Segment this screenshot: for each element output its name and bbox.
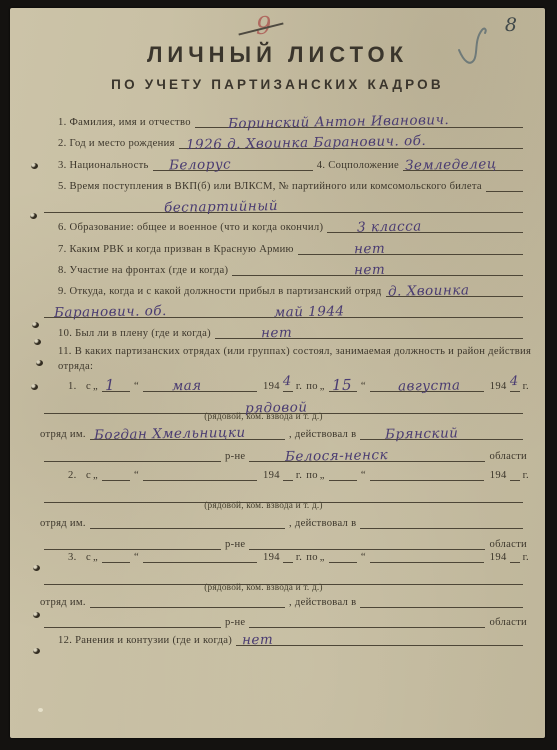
token-close-quote: “ — [361, 381, 366, 392]
token-year-stub: 194 — [490, 552, 507, 563]
punch-hole — [33, 565, 40, 571]
field-wounds-label: 12. Ранения и контузии (где и когда) — [58, 635, 232, 646]
token-year-stub: 194 — [490, 381, 507, 392]
token-open-quote: „ — [93, 381, 98, 392]
token-otryad: отряд им. — [40, 597, 86, 608]
field-nationality-value: Белорус — [169, 156, 231, 173]
field-social-line: Земледелец — [403, 157, 523, 171]
record-index: 3. — [68, 552, 84, 563]
service-record-3-unit: отряд им. , действовал в — [40, 594, 527, 608]
to-year-digit: 4 — [509, 374, 518, 389]
position-line: рядовой (рядовой, ком. взвода и т. д.) — [44, 400, 523, 414]
field-surname: 1. Фамилия, имя и отчество Боринский Ант… — [58, 114, 527, 128]
field-arrival-line: д. Хвоинка — [386, 283, 523, 297]
token-open-quote: „ — [93, 552, 98, 563]
field-fronts: 8. Участие на фронтах (где и когда) нет — [58, 262, 527, 276]
field-rvk-label: 7. Каким РВК и когда призван в Красную А… — [58, 244, 294, 255]
position-hint: (рядовой, ком. взвода и т. д.) — [44, 501, 483, 511]
token-close-quote: “ — [361, 470, 366, 481]
from-day-value: 1 — [105, 376, 115, 394]
field-arrival-value3: май 1944 — [274, 303, 345, 320]
from-month-line — [143, 467, 257, 481]
service-record-1-position: рядовой (рядовой, ком. взвода и т. д.) — [40, 400, 527, 414]
service-record-2-unit: отряд им. , действовал в — [40, 515, 527, 529]
to-year-line — [510, 549, 520, 563]
token-close-quote: “ — [134, 470, 139, 481]
token-close-quote: “ — [134, 381, 139, 392]
token-to: по — [306, 552, 318, 563]
field-surname-label: 1. Фамилия, имя и отчество — [58, 117, 191, 128]
token-open-quote: „ — [320, 470, 325, 481]
page-number-annotation: 8 — [505, 14, 517, 36]
position-line: (рядовой, ком. взвода и т. д.) — [44, 489, 523, 503]
field-wounds-value: нет — [242, 632, 273, 649]
field-education: 6. Образование: общее и военное (что и к… — [58, 219, 527, 233]
service-record-3-dates: 3. с „ “ 194 г. по „ “ 194 г. — [68, 549, 531, 563]
to-day-line — [329, 549, 357, 563]
field-rvk-line: нет — [298, 241, 523, 255]
from-day-line — [102, 549, 130, 563]
field-party-label: 5. Время поступления в ВКП(б) или ВЛКСМ,… — [58, 181, 482, 192]
field-detachments-label2-row: отряда: — [58, 361, 527, 372]
field-fronts-label: 8. Участие на фронтах (где и когда) — [58, 265, 228, 276]
to-month-line — [370, 467, 484, 481]
punch-hole — [30, 213, 37, 219]
field-birth-line: 1926 д. Хвоинка Баранович. об. — [179, 135, 523, 149]
service-record-3-position: (рядовой, ком. взвода и т. д.) — [40, 571, 527, 585]
token-year-suffix: г. — [296, 381, 302, 392]
from-day-line: 1 — [102, 378, 130, 392]
field-nationality-label: 3. Национальность — [58, 160, 149, 171]
form-subtitle: ПО УЧЕТУ ПАРТИЗАНСКИХ КАДРОВ — [10, 77, 545, 92]
token-open-quote: „ — [320, 381, 325, 392]
field-education-value: 3 класса — [357, 218, 422, 235]
district-line: Белося-ненск — [249, 448, 485, 462]
token-open-quote: „ — [93, 470, 98, 481]
to-day-value: 15 — [331, 376, 351, 394]
field-birth-value: 1926 д. Хвоинка Баранович. об. — [186, 133, 426, 153]
from-year-digit: 4 — [283, 374, 292, 389]
field-surname-line: Боринский Антон Иванович. — [195, 114, 523, 128]
field-party-line — [486, 178, 523, 192]
field-education-line: 3 класса — [327, 219, 523, 233]
field-detachments-label2: отряда: — [58, 361, 93, 372]
token-acted: , действовал в — [289, 429, 356, 440]
field-party-value: беспартийный — [164, 198, 278, 216]
field-rvk: 7. Каким РВК и когда призван в Красную А… — [58, 241, 527, 255]
from-month-value: мая — [171, 378, 201, 395]
field-rvk-value: нет — [354, 241, 385, 258]
service-record-2-district: р-не области — [40, 536, 527, 550]
field-captivity-value: нет — [261, 325, 292, 342]
scanned-form-paper: 9 8 ЛИЧНЫЙ ЛИСТОК ПО УЧЕТУ ПАРТИЗАНСКИХ … — [10, 8, 545, 738]
region-line — [44, 536, 221, 550]
token-oblast: области — [489, 617, 527, 628]
token-year-stub: 194 — [263, 552, 280, 563]
field-captivity-line: нет — [215, 325, 523, 339]
token-close-quote: “ — [361, 552, 366, 563]
field-social-value: Земледелец — [405, 156, 497, 174]
field-arrival-line2: Баранович. об. май 1944 — [40, 304, 527, 318]
token-year-stub: 194 — [490, 470, 507, 481]
unit-name-line: Богдан Хмельницки — [90, 426, 285, 440]
field-education-label: 6. Образование: общее и военное (что и к… — [58, 222, 323, 233]
field-arrival-value2: Баранович. об. — [53, 303, 166, 321]
token-oblast: области — [489, 451, 527, 462]
from-year-line: 4 — [283, 378, 293, 392]
field-wounds: 12. Ранения и контузии (где и когда) нет — [58, 632, 527, 646]
position-hint: (рядовой, ком. взвода и т. д.) — [44, 412, 483, 422]
position-line: (рядовой, ком. взвода и т. д.) — [44, 571, 523, 585]
to-year-line — [510, 467, 520, 481]
to-day-line — [329, 467, 357, 481]
to-month-value: августа — [398, 377, 461, 394]
token-rne: р-не — [225, 451, 245, 462]
from-day-line — [102, 467, 130, 481]
unit-name-line — [90, 594, 285, 608]
district-line — [249, 536, 485, 550]
field-wounds-line: нет — [236, 632, 523, 646]
token-year-suffix: г. — [523, 552, 529, 563]
form-title: ЛИЧНЫЙ ЛИСТОК — [10, 42, 545, 68]
service-record-2-dates: 2. с „ “ 194 г. по „ “ 194 г. — [68, 467, 531, 481]
to-year-line: 4 — [510, 378, 520, 392]
field-detachments-label-row: 11. В каких партизанских отрядах (или гр… — [58, 346, 527, 357]
district-value: Белося-ненск — [285, 447, 388, 465]
token-year-suffix: г. — [296, 552, 302, 563]
service-record-1-district: р-не Белося-ненск области — [40, 448, 527, 462]
to-month-line — [370, 549, 484, 563]
token-to: по — [306, 470, 318, 481]
field-arrival-label: 9. Откуда, когда и с какой должности при… — [58, 286, 382, 297]
field-captivity: 10. Был ли в плену (где и когда) нет — [58, 325, 527, 339]
field-surname-value: Боринский Антон Иванович. — [228, 112, 449, 132]
punch-hole — [31, 384, 38, 390]
token-from: с — [86, 552, 91, 563]
punch-hole — [34, 339, 41, 345]
from-year-line — [283, 549, 293, 563]
crossed-out-annotation: 9 — [238, 12, 284, 46]
from-year-line — [283, 467, 293, 481]
district-line — [249, 614, 485, 628]
record-index: 1. — [68, 381, 84, 392]
token-year-suffix: г. — [296, 470, 302, 481]
token-to: по — [306, 381, 318, 392]
field-arrival-continuation-line: Баранович. об. май 1944 — [44, 304, 523, 318]
field-arrival: 9. Откуда, когда и с какой должности при… — [58, 283, 527, 297]
field-party-line2: беспартийный — [40, 199, 527, 213]
to-day-line: 15 — [329, 378, 357, 392]
token-acted: , действовал в — [289, 518, 356, 529]
field-party: 5. Время поступления в ВКП(б) или ВЛКСМ,… — [58, 178, 527, 192]
acted-in-value: Брянский — [385, 425, 459, 442]
field-social-label: 4. Соцположение — [317, 160, 399, 171]
from-month-line: мая — [143, 378, 257, 392]
field-detachments-label: 11. В каких партизанских отрядах (или гр… — [58, 346, 531, 357]
field-fronts-value: нет — [354, 262, 385, 279]
acted-in-line — [360, 594, 523, 608]
acted-in-line — [360, 515, 523, 529]
field-fronts-line: нет — [232, 262, 523, 276]
punch-hole — [33, 612, 40, 618]
field-nationality-social: 3. Национальность Белорус 4. Соцположени… — [58, 157, 527, 171]
region-line — [44, 448, 221, 462]
field-arrival-value: д. Хвоинка — [388, 282, 470, 299]
unit-name-line — [90, 515, 285, 529]
service-record-2-position: (рядовой, ком. взвода и т. д.) — [40, 489, 527, 503]
field-captivity-label: 10. Был ли в плену (где и когда) — [58, 328, 211, 339]
token-year-stub: 194 — [263, 381, 280, 392]
field-nationality-line: Белорус — [153, 157, 313, 171]
punch-hole — [31, 163, 38, 169]
record-index: 2. — [68, 470, 84, 481]
token-year-stub: 194 — [263, 470, 280, 481]
field-birth: 2. Год и место рождения 1926 д. Хвоинка … — [58, 135, 527, 149]
token-from: с — [86, 470, 91, 481]
acted-in-line: Брянский — [360, 426, 523, 440]
service-record-1-dates: 1. с „ 1 “ мая 194 4 г. по „ 15 “ август… — [68, 378, 531, 392]
paper-speck — [38, 708, 43, 712]
field-birth-label: 2. Год и место рождения — [58, 138, 175, 149]
field-party-continuation-line: беспартийный — [44, 199, 523, 213]
token-year-suffix: г. — [523, 470, 529, 481]
service-record-3-district: р-не области — [40, 614, 527, 628]
token-rne: р-не — [225, 617, 245, 628]
token-close-quote: “ — [134, 552, 139, 563]
region-line — [44, 614, 221, 628]
token-otryad: отряд им. — [40, 518, 86, 529]
token-year-suffix: г. — [523, 381, 529, 392]
from-month-line — [143, 549, 257, 563]
token-acted: , действовал в — [289, 597, 356, 608]
token-from: с — [86, 381, 91, 392]
token-open-quote: „ — [320, 552, 325, 563]
punch-hole — [33, 648, 40, 654]
punch-hole — [32, 322, 39, 328]
position-hint: (рядовой, ком. взвода и т. д.) — [44, 583, 483, 593]
unit-name-value: Богдан Хмельницки — [94, 425, 246, 444]
service-record-1-unit: отряд им. Богдан Хмельницки , действовал… — [40, 426, 527, 440]
token-otryad: отряд им. — [40, 429, 86, 440]
punch-hole — [36, 360, 43, 366]
to-month-line: августа — [370, 378, 484, 392]
